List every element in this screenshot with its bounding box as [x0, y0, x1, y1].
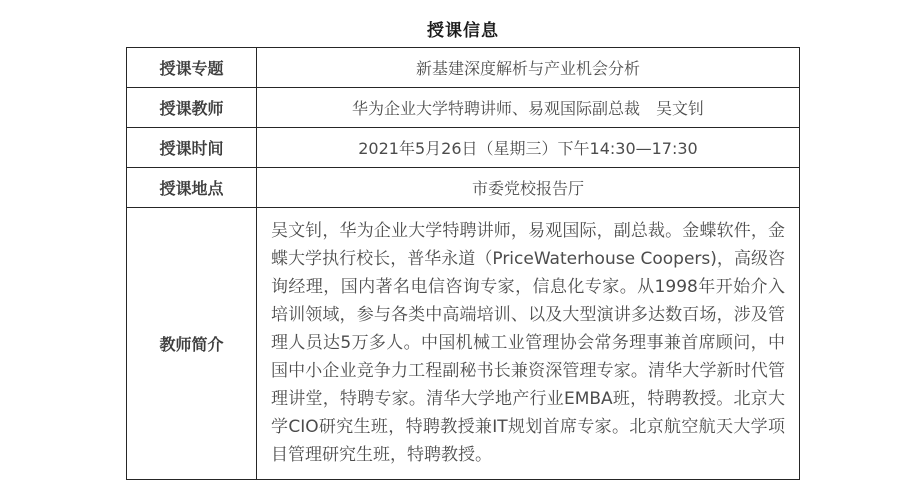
table-row-teacher: 授课教师 华为企业大学特聘讲师、易观国际副总裁 吴文钊 [127, 88, 800, 128]
table-row-location: 授课地点 市委党校报告厅 [127, 168, 800, 208]
course-info-page: 授课信息 授课专题 新基建深度解析与产业机会分析 授课教师 华为企业大学特聘讲师… [0, 0, 914, 482]
table-row-time: 授课时间 2021年5月26日（星期三）下午14:30—17:30 [127, 128, 800, 168]
row-value-location: 市委党校报告厅 [257, 168, 800, 208]
row-value-topic: 新基建深度解析与产业机会分析 [257, 48, 800, 88]
page-title: 授课信息 [126, 16, 800, 41]
table-row-topic: 授课专题 新基建深度解析与产业机会分析 [127, 48, 800, 88]
row-label-location: 授课地点 [127, 168, 257, 208]
course-info-table: 授课专题 新基建深度解析与产业机会分析 授课教师 华为企业大学特聘讲师、易观国际… [126, 47, 800, 480]
row-value-bio: 吴文钊，华为企业大学特聘讲师，易观国际，副总裁。金蝶软件，金蝶大学执行校长，普华… [257, 208, 800, 480]
row-value-teacher: 华为企业大学特聘讲师、易观国际副总裁 吴文钊 [257, 88, 800, 128]
row-label-teacher: 授课教师 [127, 88, 257, 128]
row-label-topic: 授课专题 [127, 48, 257, 88]
row-label-bio: 教师简介 [127, 208, 257, 480]
row-value-time: 2021年5月26日（星期三）下午14:30—17:30 [257, 128, 800, 168]
table-row-bio: 教师简介 吴文钊，华为企业大学特聘讲师，易观国际，副总裁。金蝶软件，金蝶大学执行… [127, 208, 800, 480]
row-label-time: 授课时间 [127, 128, 257, 168]
